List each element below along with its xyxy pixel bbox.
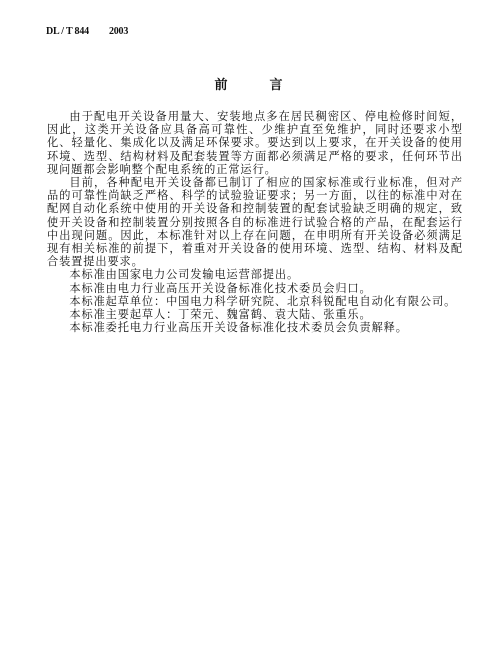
title-char-1: 前 [214, 78, 227, 93]
standard-code: DL / T 844 [46, 26, 89, 37]
page-title: 前言 [0, 74, 497, 93]
running-header: DL / T 8442003 [46, 26, 128, 37]
paragraph-drafting-units: 本标准起草单位：中国电力科学研究院、北京科锐配电自动化有限公司。 [47, 295, 463, 308]
standard-year: 2003 [109, 26, 128, 37]
paragraph-background: 由于配电开关设备用量大、安装地点多在居民稠密区、停电检修时间短，因此，这类开关设… [47, 110, 463, 176]
paragraph-administrator: 本标准由电力行业高压开关设备标准化技术委员会归口。 [47, 282, 463, 295]
paragraph-drafters: 本标准主要起草人：丁荣元、魏富鹤、袁大陆、张重乐。 [47, 308, 463, 321]
foreword-body: 由于配电开关设备用量大、安装地点多在居民稠密区、停电检修时间短，因此，这类开关设… [47, 110, 463, 334]
paragraph-interpretation: 本标准委托电力行业高压开关设备标准化技术委员会负责解释。 [47, 321, 463, 334]
paragraph-purpose: 目前，各种配电开关设备都已制订了相应的国家标准或行业标准，但对产品的可靠性尚缺乏… [47, 176, 463, 268]
title-char-2: 言 [270, 78, 283, 93]
paragraph-proposer: 本标准由国家电力公司发输电运营部提出。 [47, 268, 463, 281]
